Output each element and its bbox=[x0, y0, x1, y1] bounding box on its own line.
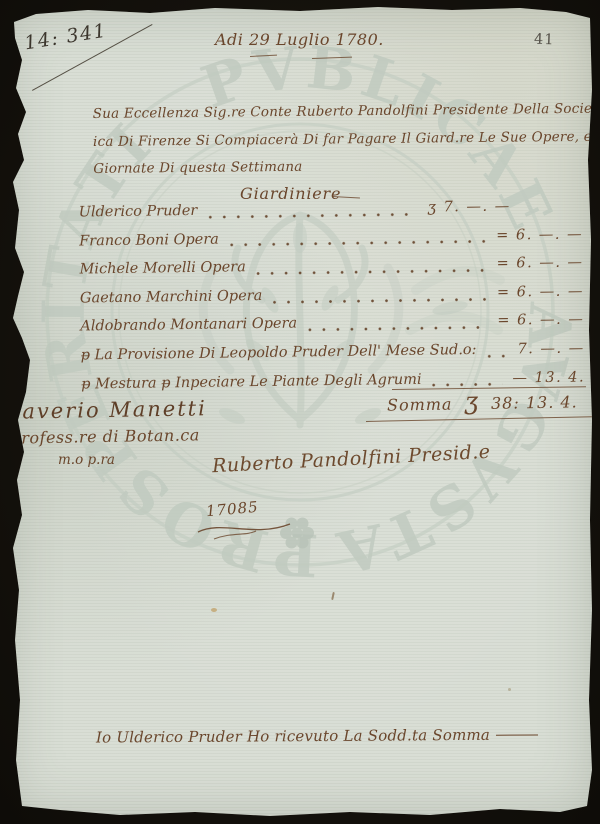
dot-leader bbox=[229, 239, 486, 248]
row-label: Michele Morelli Opera bbox=[79, 259, 246, 277]
sum-label: Somma bbox=[387, 395, 453, 415]
row-amount: = 6. —. — bbox=[497, 283, 584, 300]
dot-leader bbox=[256, 268, 487, 276]
folio-number: 41 bbox=[534, 32, 555, 49]
stain-speck bbox=[508, 688, 511, 691]
row-amount: = 6. —. — bbox=[496, 226, 583, 243]
sum-currency-symbol: ʒ bbox=[465, 396, 480, 406]
photograph-of-manuscript: PROSPERITATI PVBLICAE AVGVSTAE 14: 341 A… bbox=[0, 0, 600, 824]
signature-title: Profess.re di Botan.ca bbox=[10, 425, 200, 447]
row-label: Ulderico Pruder bbox=[79, 203, 198, 221]
registry-flourish bbox=[196, 516, 306, 544]
row-amount: — 13. 4. bbox=[512, 369, 585, 386]
signature-manetti: Saverio Manetti bbox=[6, 396, 207, 424]
dot-leader bbox=[272, 296, 487, 304]
row-amount: = 6. —. — bbox=[496, 255, 583, 272]
row-label: Aldobrando Montanari Opera bbox=[80, 316, 297, 335]
receipt-trail-line bbox=[496, 734, 538, 735]
body-line: ica Di Firenze Si Compiacerà Di far Paga… bbox=[93, 123, 600, 156]
receipt-text: Io Ulderico Pruder Ho ricevuto La Sodd.t… bbox=[96, 726, 490, 747]
stain-speck bbox=[211, 608, 217, 612]
body-line: Giornate Di questa Settimana bbox=[93, 150, 600, 183]
dot-leader bbox=[207, 212, 418, 220]
row-label: Gaetano Marchini Opera bbox=[80, 288, 263, 307]
paper-sheet: PROSPERITATI PVBLICAE AVGVSTAE 14: 341 A… bbox=[0, 0, 600, 824]
row-label: Franco Boni Opera bbox=[79, 231, 219, 249]
account-table: Ulderico Pruder ʒ 7. —. — Franco Boni Op… bbox=[79, 197, 586, 404]
row-amount: ʒ 7. —. — bbox=[428, 198, 511, 215]
receipt-line: Io Ulderico Pruder Ho ricevuto La Sodd.t… bbox=[96, 725, 538, 746]
date-line: Adi 29 Luglio 1780. bbox=[215, 30, 365, 49]
dot-leader bbox=[487, 353, 508, 358]
row-label: p̶ Mestura p̶ Inpeciare Le Piante Degli … bbox=[81, 371, 422, 392]
row-amount: = 6. —. — bbox=[497, 312, 584, 329]
row-amount: 7. —. — bbox=[517, 340, 584, 357]
signature-subscript: m.o p.ra bbox=[58, 452, 115, 468]
letter-body: Sua Eccellenza Sig.re Conte Ruberto Pand… bbox=[93, 95, 600, 183]
sum-total: 38: 13. 4. bbox=[491, 392, 578, 413]
sum-line: Somma ʒ 38: 13. 4. bbox=[387, 392, 578, 414]
dot-leader bbox=[307, 325, 487, 333]
